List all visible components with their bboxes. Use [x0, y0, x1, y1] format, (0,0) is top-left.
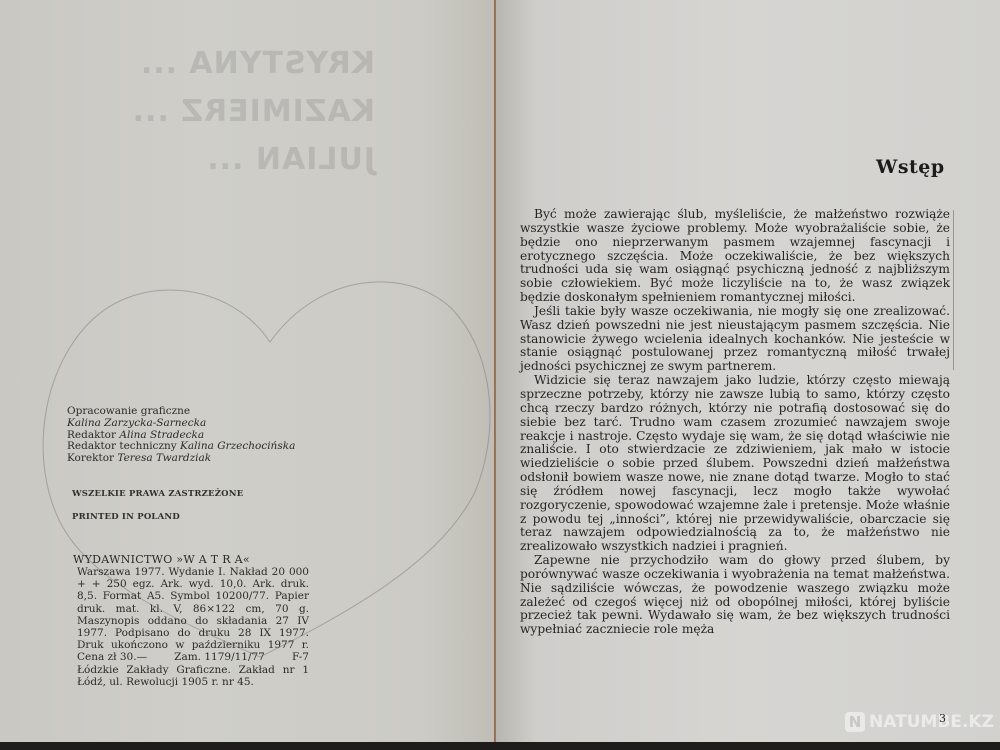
price-row: Cena zł 30.— Zam. 1179/11/77 F-7	[77, 651, 309, 663]
watermark-text: NATUMBE.KZ	[869, 712, 994, 732]
credits-block: Opracowanie graficzne Kalina Zarzycka-Sa…	[67, 406, 327, 465]
page-number: 3	[939, 712, 946, 725]
paragraph: Być może zawierając ślub, myśleliście, ż…	[520, 208, 950, 305]
credit-proofreader: Korektor Teresa Twardziak	[67, 453, 327, 465]
left-page: KRYSTYNA ... KAZIMIERZ ... JULIAN ... Op…	[0, 0, 496, 750]
printed-in: PRINTED IN POLAND	[72, 512, 180, 522]
chapter-body: Być może zawierając ślub, myśleliście, ż…	[520, 208, 950, 637]
paragraph: Zapewne nie przychodziło wam do głowy pr…	[520, 554, 950, 637]
bottom-edge	[0, 742, 1000, 750]
watermark: N NATUMBE.KZ	[845, 712, 994, 732]
chapter-heading: Wstęp	[876, 156, 945, 178]
book-spread: KRYSTYNA ... KAZIMIERZ ... JULIAN ... Op…	[0, 0, 1000, 750]
paragraph: Widzicie się teraz nawzajem jako ludzie,…	[520, 374, 950, 554]
colophon: Warszawa 1977. Wydanie I. Nakład 20 000 …	[77, 566, 309, 688]
publisher-name: WYDAWNICTWO »W A T R A«	[73, 553, 250, 566]
margin-mark	[953, 210, 954, 370]
printer-line-1: Łódzkie Zakłady Graficzne. Zakład nr 1	[77, 664, 309, 676]
watermark-logo-icon: N	[845, 712, 865, 732]
rights-reserved: WSZELKIE PRAWA ZASTRZEŻONE	[72, 489, 243, 499]
bleed-through-text: KRYSTYNA ... KAZIMIERZ ... JULIAN ...	[55, 40, 375, 184]
paragraph: Jeśli takie były wasze oczekiwania, nie …	[520, 305, 950, 374]
colophon-details: Warszawa 1977. Wydanie I. Nakład 20 000 …	[77, 566, 309, 651]
printer-line-2: Łódź, ul. Rewolucji 1905 r. nr 45.	[77, 676, 309, 688]
